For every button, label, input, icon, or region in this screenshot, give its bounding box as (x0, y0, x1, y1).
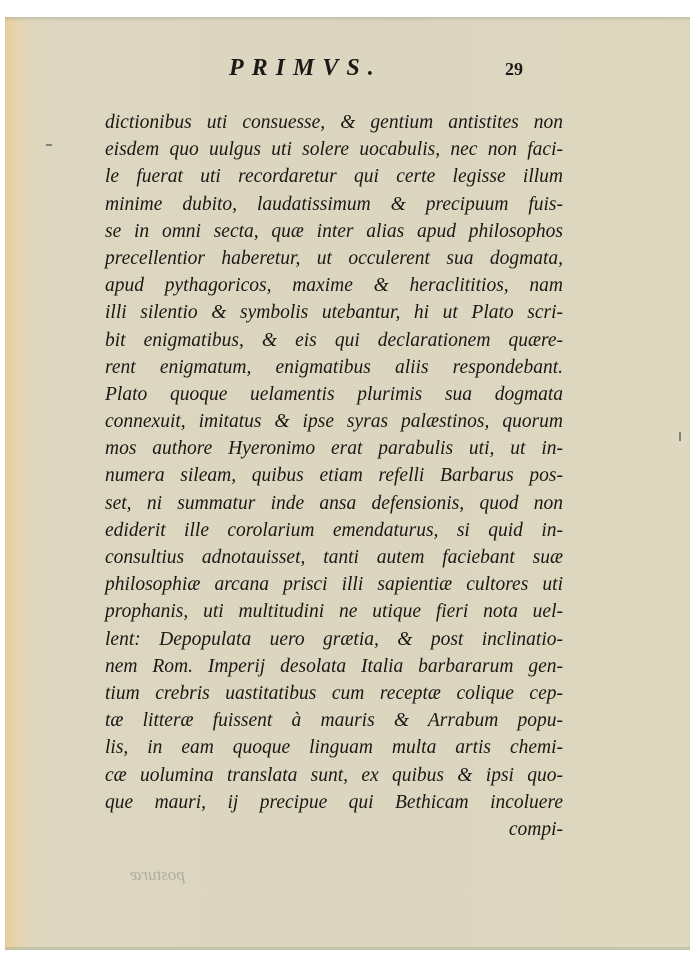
text-line: que mauri, ij precipue qui Bethicam inco… (105, 789, 563, 816)
text-line: ediderit ille corolarium emendaturus, si… (105, 517, 563, 544)
text-line: nem Rom. Imperij desolata Italia barbara… (105, 653, 563, 680)
text-line: prophanis, uti multitudini ne utique fie… (105, 598, 563, 625)
text-line: illi silentio & symbolis utebantur, hi u… (105, 299, 563, 326)
text-line: Plato quoque uelamentis plurimis sua dog… (105, 381, 563, 408)
text-line: lis, in eam quoque linguam multa artis c… (105, 734, 563, 761)
text-line: se in omni secta, quæ inter alias apud p… (105, 218, 563, 245)
text-line: lent: Depopulata uero grætia, & post inc… (105, 626, 563, 653)
book-page: PRIMVS. 29 dictionibus uti consuesse, & … (5, 17, 690, 950)
body-text: dictionibus uti consuesse, & gentium ant… (105, 109, 563, 843)
text-line: minime dubito, laudatissimum & precipuum… (105, 191, 563, 218)
running-title: PRIMVS. (229, 55, 382, 82)
text-line: apud pythagoricos, maxime & heraclititio… (105, 272, 563, 299)
text-line: rent enigmatum, enigmatibus aliis respon… (105, 354, 563, 381)
text-line: dictionibus uti consuesse, & gentium ant… (105, 109, 563, 136)
text-line: numera sileam, quibus etiam refelli Barb… (105, 462, 563, 489)
margin-mark (679, 432, 681, 441)
text-line: cæ uolumina translata sunt, ex quibus & … (105, 762, 563, 789)
page-number: 29 (505, 59, 523, 80)
text-line: bit enigmatibus, & eis qui declarationem… (105, 327, 563, 354)
page-header: PRIMVS. 29 (5, 55, 690, 95)
text-line: le fuerat uti recordaretur qui certe leg… (105, 163, 563, 190)
text-line: mos authore Hyeronimo erat parabulis uti… (105, 435, 563, 462)
text-line: tæ litteræ fuissent à mauris & Arrabum p… (105, 707, 563, 734)
text-line: philosophiæ arcana prisci illi sapientiæ… (105, 571, 563, 598)
text-line: set, ni summatur inde ansa defensionis, … (105, 490, 563, 517)
text-line: tium crebris uastitatibus cum receptæ co… (105, 680, 563, 707)
text-line: consultius adnotauisset, tanti autem fac… (105, 544, 563, 571)
margin-mark (46, 144, 52, 146)
bleed-through-text: posturæ (130, 865, 185, 885)
text-line: precellentior haberetur, ut occulerent s… (105, 245, 563, 272)
catchword: compi- (105, 816, 563, 843)
text-line: eisdem quo uulgus uti solere uocabulis, … (105, 136, 563, 163)
text-line: connexuit, imitatus & ipse syras palæsti… (105, 408, 563, 435)
